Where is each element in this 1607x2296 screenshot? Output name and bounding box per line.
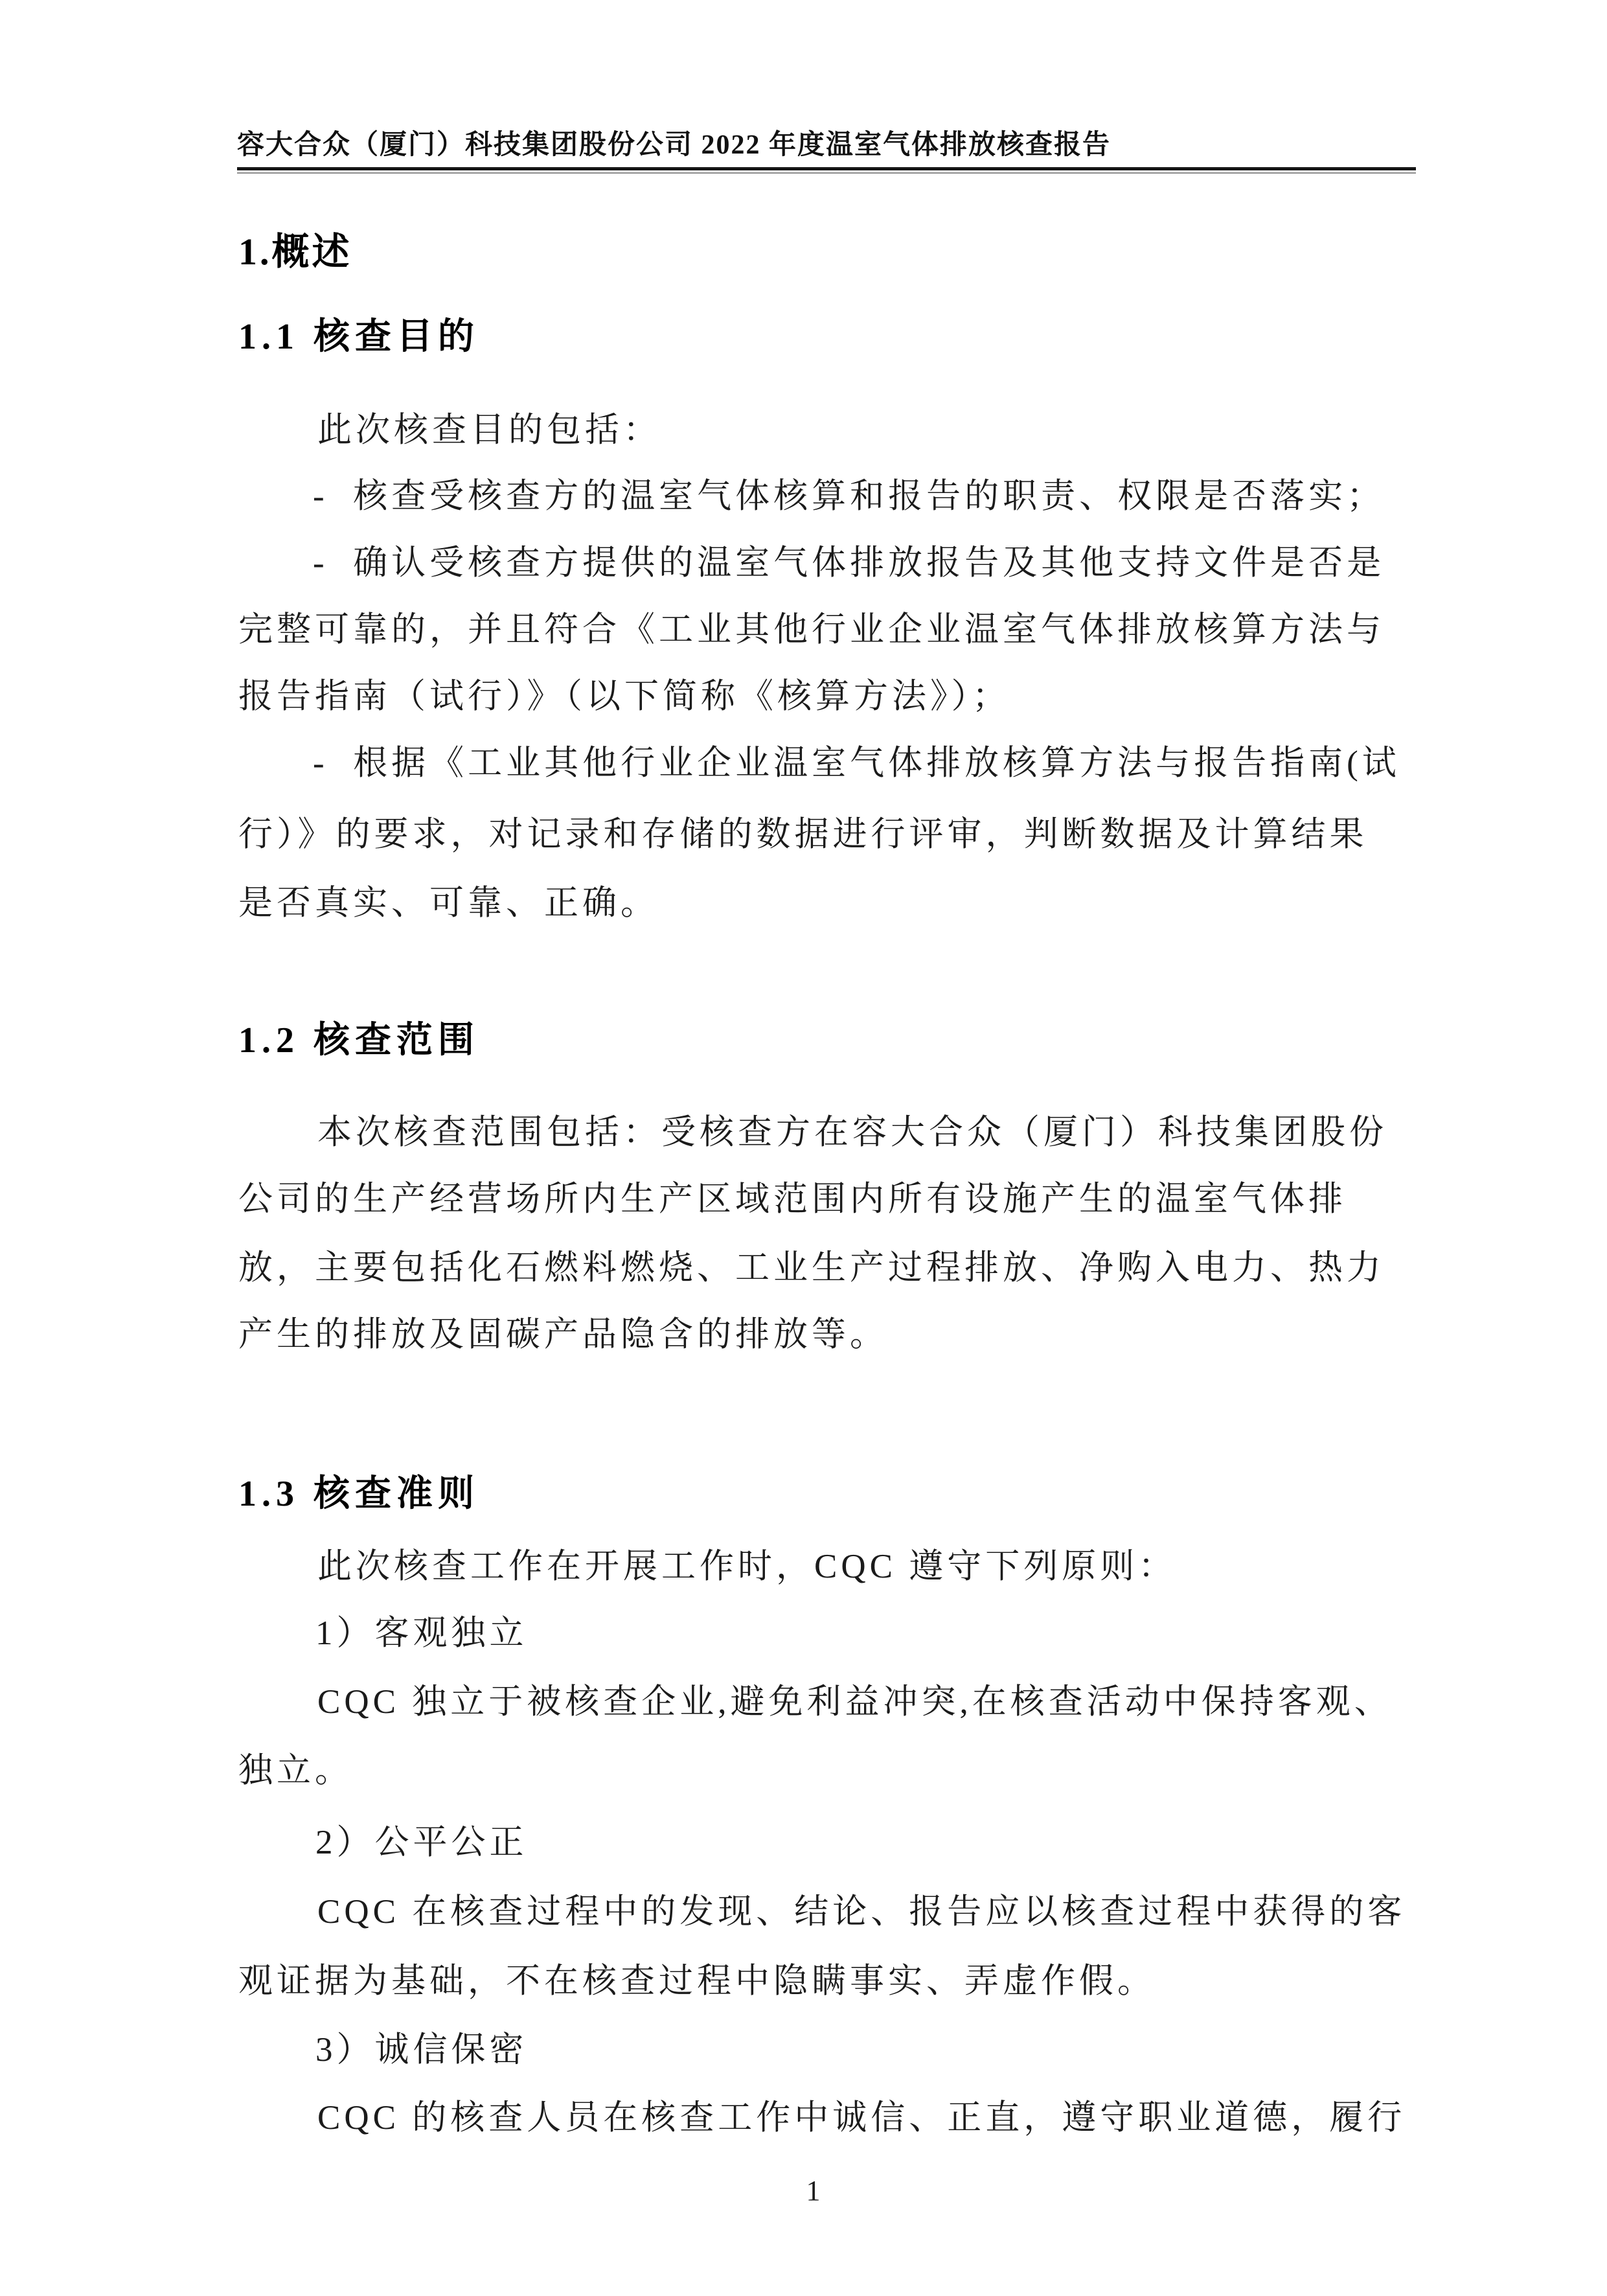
body-line: 完整可靠的，并且符合《工业其他行业企业温室气体排放核算方法与 [238,613,1385,647]
body-line-bullet: - 根据《工业其他行业企业温室气体排放核算方法与报告指南(试 [313,746,1400,781]
body-line: CQC 独立于被核查企业,避免利益冲突,在核查活动中保持客观、 [317,1685,1393,1719]
body-line: 观证据为基础，不在核查过程中隐瞒事实、弄虚作假。 [238,1964,1156,1999]
body-line: 公司的生产经营场所内生产区域范围内所有设施产生的温室气体排 [238,1182,1347,1217]
header-rule-thick [237,167,1416,170]
report-page: 容大合众（厦门）科技集团股份公司 2022 年度温室气体排放核查报告 1.概述 … [0,0,1607,2296]
body-line: 行）》的要求，对记录和存储的数据进行评审，判断数据及计算结果 [238,818,1368,852]
section-heading-1-1: 1.1 核查目的 [238,319,479,355]
page-header-title: 容大合众（厦门）科技集团股份公司 2022 年度温室气体排放核查报告 [237,132,1111,159]
body-line: CQC 在核查过程中的发现、结论、报告应以核查过程中获得的客 [317,1895,1406,1929]
section-heading-1-3: 1.3 核查准则 [238,1476,479,1512]
body-line-numbered: 3）诚信保密 [315,2033,528,2067]
body-line: 此次核查目的包括： [317,413,661,448]
page-footer: 1 [238,2174,1388,2207]
body-line-bullet: - 核查受核查方的温室气体核算和报告的职责、权限是否落实； [313,479,1385,514]
page-number: 1 [806,2175,821,2207]
body-line: 本次核查范围包括：受核查方在容大合众（厦门）科技集团股份 [317,1116,1387,1150]
body-line: 此次核查工作在开展工作时，CQC 遵守下列原则： [317,1550,1176,1584]
header-rule-thin [237,172,1416,174]
body-line: 产生的排放及固碳产品隐含的排放等。 [238,1318,888,1352]
body-line-bullet: - 确认受核查方提供的温室气体排放报告及其他支持文件是否是 [313,546,1385,580]
body-line: 放，主要包括化石燃料燃烧、工业生产过程排放、净购入电力、热力 [238,1251,1385,1285]
chapter-heading-overview: 1.概述 [238,233,352,271]
body-line: 报告指南（试行）》（以下简称《核算方法》）； [238,680,1010,714]
body-line-numbered: 1）客观独立 [315,1616,528,1651]
body-line: 是否真实、可靠、正确。 [238,886,659,921]
section-heading-1-2: 1.2 核查范围 [238,1022,479,1059]
body-line: CQC 的核查人员在核查工作中诚信、正直，遵守职业道德，履行 [317,2101,1406,2135]
body-line-numbered: 2）公平公正 [315,1826,528,1860]
body-line: 独立。 [238,1754,353,1788]
